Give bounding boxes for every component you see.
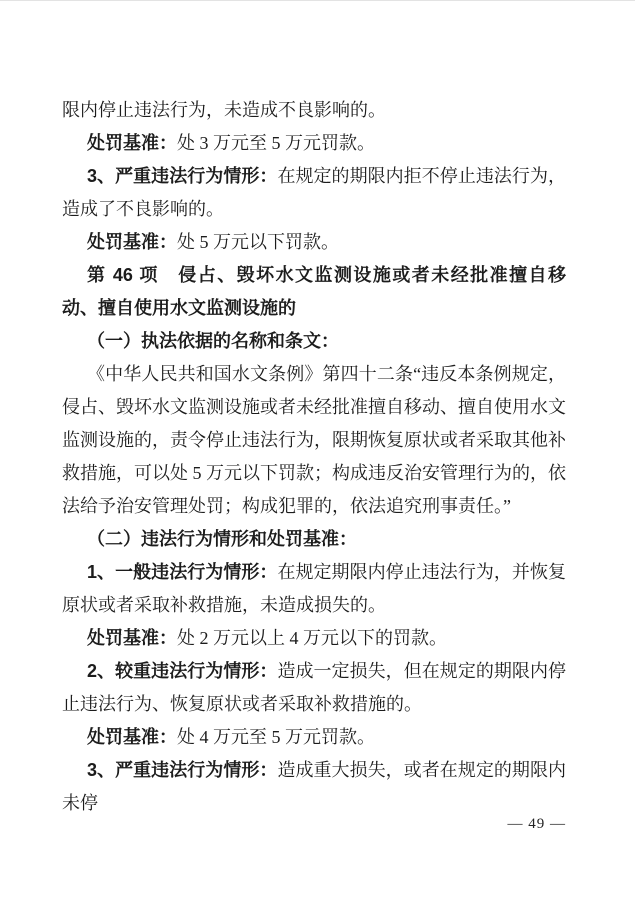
document-page: 限内停止违法行为，未造成不良影响的。 处罚基准：处 3 万元至 5 万元罚款。 … [0,0,635,898]
penalty-standard-paragraph: 处罚基准：处 2 万元以上 4 万元以下的罚款。 [62,622,566,655]
document-body: 限内停止违法行为，未造成不良影响的。 处罚基准：处 3 万元至 5 万元罚款。 … [62,94,566,820]
section-1-subheading: （一）执法依据的名称和条文： [62,325,566,358]
penalty-standard-paragraph: 处罚基准：处 5 万元以下罚款。 [62,226,566,259]
violation-item-paragraph: 3、严重违法行为情形：造成重大损失，或者在规定的期限内未停 [62,754,566,820]
page-number: — 49 — [508,813,567,835]
violation-item-paragraph: 2、较重违法行为情形：造成一定损失，但在规定的期限内停止违法行为、恢复原状或者采… [62,655,566,721]
legal-basis-paragraph: 《中华人民共和国水文条例》第四十二条“违反本条例规定，侵占、毁坏水文监测设施或者… [62,358,566,523]
item-46-heading: 第 46 项 侵占、毁坏水文监测设施或者未经批准擅自移动、擅自使用水文监测设施的 [62,259,566,325]
section-2-subheading: （二）违法行为情形和处罚基准： [62,523,566,556]
body-text-continuation: 限内停止违法行为，未造成不良影响的。 [62,94,566,127]
penalty-standard-paragraph: 处罚基准：处 3 万元至 5 万元罚款。 [62,127,566,160]
penalty-standard-paragraph: 处罚基准：处 4 万元至 5 万元罚款。 [62,721,566,754]
violation-item-paragraph: 3、严重违法行为情形：在规定的期限内拒不停止违法行为，造成了不良影响的。 [62,160,566,226]
violation-item-paragraph: 1、一般违法行为情形：在规定期限内停止违法行为，并恢复原状或者采取补救措施，未造… [62,556,566,622]
